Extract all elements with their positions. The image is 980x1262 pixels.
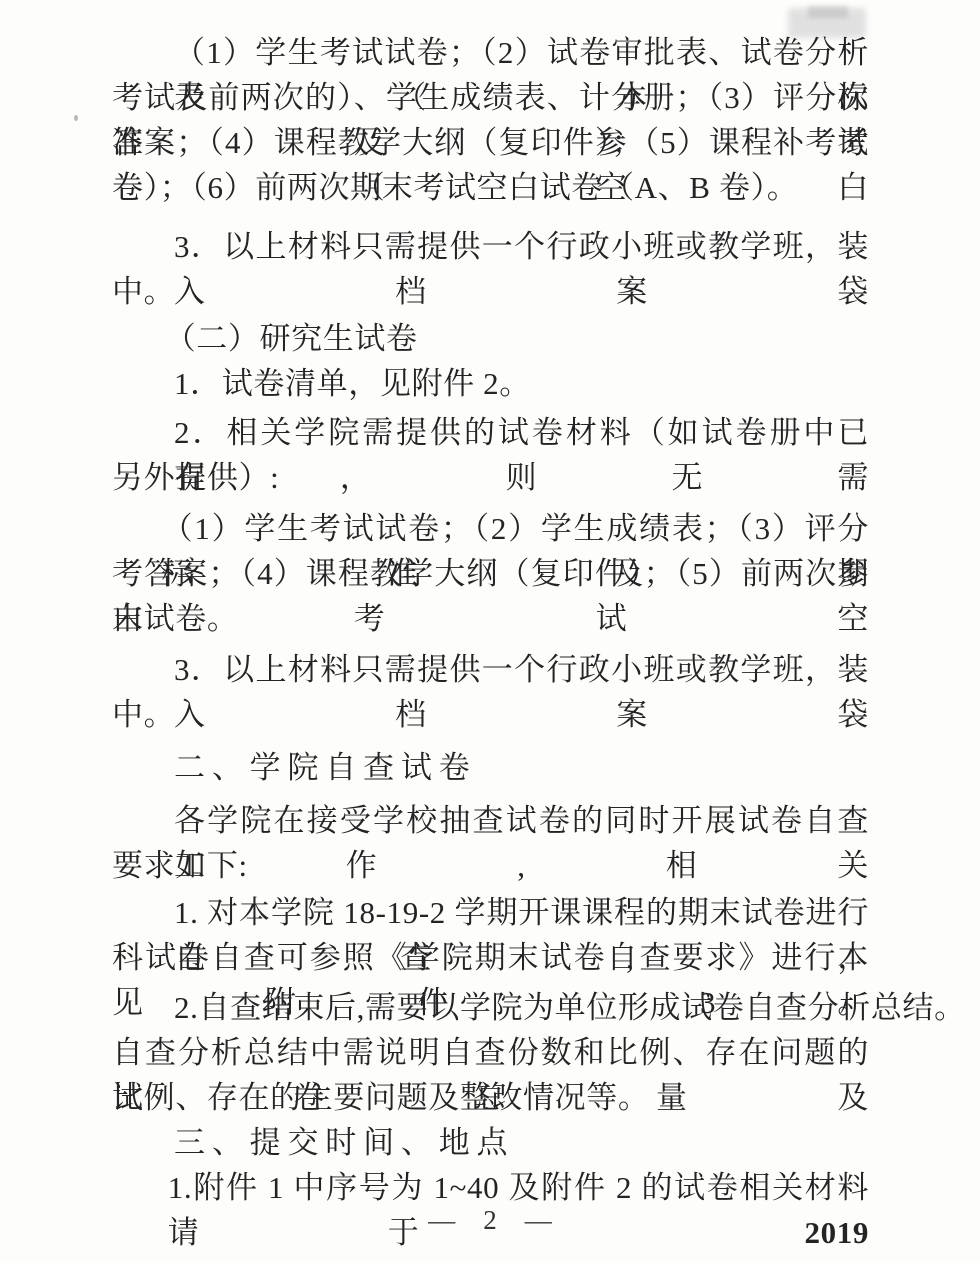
page-footer: —2— xyxy=(0,1205,980,1236)
text-segment: 2.自查结束后,需要以学院为单位形成试卷自查分析总结。 xyxy=(174,990,966,1025)
text-segment: 中。 xyxy=(112,697,175,732)
section-heading-three: 三、提交时间、地点 xyxy=(112,1120,869,1165)
paragraph-3: 3．以上材料只需提供一个行政小班或教学班，装入档案袋 xyxy=(112,647,869,692)
document-page: （1）学生考试试卷；（2）试卷审批表、试卷分析表（本次考试及前两次的）、学生成绩… xyxy=(0,0,980,1262)
text-segment: 白试卷。 xyxy=(112,601,238,636)
section-heading-2: （二）研究生试卷 xyxy=(112,316,869,361)
text-segment: 3．以上材料只需提供一个行政小班或教学班，装入档案袋 xyxy=(174,652,869,732)
text-segment: 3．以上材料只需提供一个行政小班或教学班，装入档案袋 xyxy=(174,229,869,309)
text-segment: 比例、存在的主要问题及整改情况等。 xyxy=(112,1080,650,1115)
list-item-1: （1）学生考试试卷；（2）学生成绩表；（3）评分标准及参 xyxy=(112,506,869,551)
text-line: 自查分析总结中需说明自查份数和比例、存在问题的试卷总量及 xyxy=(112,1030,869,1075)
text-line: 科试卷自查可参照《学院期末试卷自查要求》进行，见附件 3。 xyxy=(112,935,869,980)
text-line: 答案；（4）课程教学大纲（复印件）；（5）课程补考试卷（空白 xyxy=(112,120,869,165)
text-segment: 三、提交时间、地点 xyxy=(174,1125,514,1160)
footer-dash-right: — xyxy=(525,1205,552,1235)
scan-speck xyxy=(74,115,78,121)
text-segment: 另外提供）: xyxy=(112,460,279,495)
text-segment: 各学院在接受学校抽查试卷的同时开展试卷自查工作,相关 xyxy=(174,803,869,883)
paragraph-1: 1. 对本学院 18-19-2 学期开课课程的期末试卷进行自查, 本 xyxy=(112,890,869,935)
text-line: 卷）；（6）前两次期末考试空白试卷（A、B 卷）。 xyxy=(112,165,869,210)
page-number: 2 xyxy=(483,1205,497,1235)
paragraph-3: 3．以上材料只需提供一个行政小班或教学班，装入档案袋 xyxy=(112,224,869,269)
paragraph-2: 2．相关学院需提供的试卷材料（如试卷册中已有，则无需 xyxy=(112,410,869,455)
scan-smudge-small xyxy=(808,6,848,18)
paragraph-1: 1．试卷清单，见附件 2。 xyxy=(112,361,869,406)
paragraph-2: 2.自查结束后,需要以学院为单位形成试卷自查分析总结。 xyxy=(112,985,869,1030)
text-segment: 中。 xyxy=(112,274,175,309)
text-segment: 二、学院自查试卷 xyxy=(174,750,477,785)
list-item-1: （1）学生考试试卷；（2）试卷审批表、试卷分析表（本次 xyxy=(112,30,869,75)
paragraph: 各学院在接受学校抽查试卷的同时开展试卷自查工作,相关 xyxy=(112,798,869,843)
paragraph-1: 1.附件 1 中序号为 1~40 及附件 2 的试卷相关材料请于 2019 xyxy=(112,1165,869,1210)
footer-dash-left: — xyxy=(428,1205,455,1235)
text-segment: （二）研究生试卷 xyxy=(165,321,418,356)
text-segment: 要求如下: xyxy=(112,848,248,883)
section-heading-two: 二、学院自查试卷 xyxy=(112,745,869,790)
text-line: 考试及前两次的）、学生成绩表、计分册；（3）评分标准及参考 xyxy=(112,75,869,120)
text-segment: 卷）；（6）前两次期末考试空白试卷（A、B 卷）。 xyxy=(112,170,798,205)
document-body: （1）学生考试试卷；（2）试卷审批表、试卷分析表（本次考试及前两次的）、学生成绩… xyxy=(112,30,869,1210)
text-segment: 1．试卷清单，见附件 2。 xyxy=(174,366,531,401)
text-line: 考答案；（4）课程教学大纲（复印件）；（5）前两次期末考试空 xyxy=(112,551,869,596)
